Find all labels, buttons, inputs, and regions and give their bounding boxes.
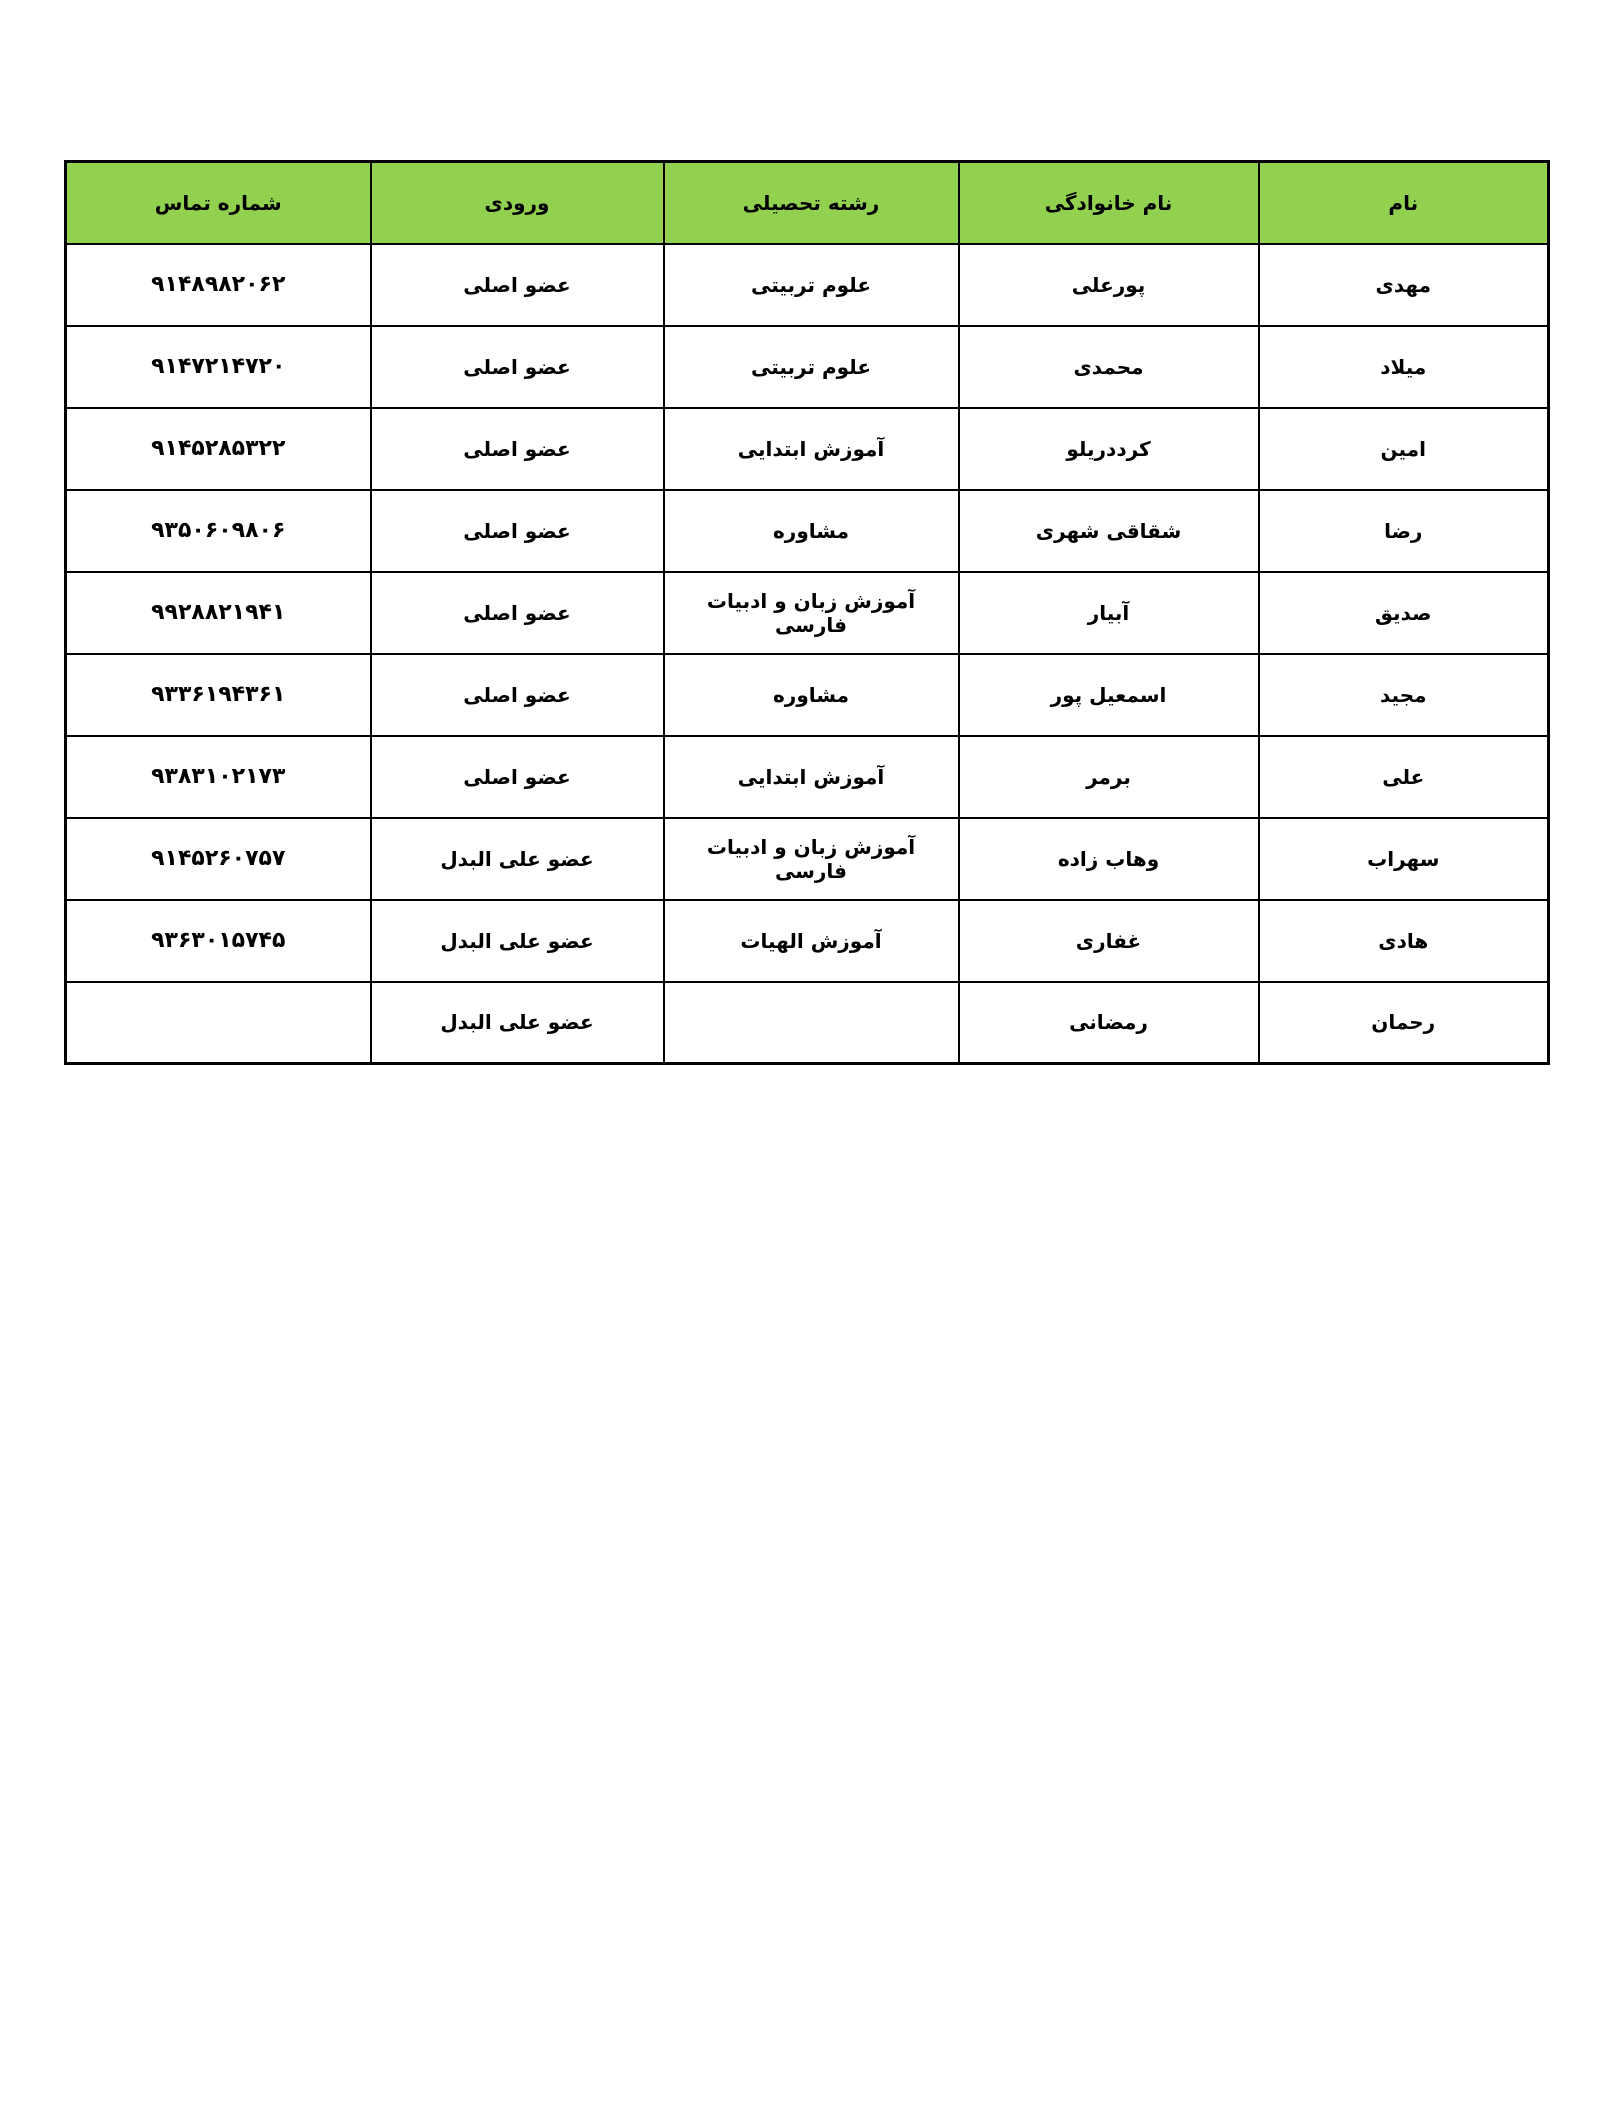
cell-name: رضا xyxy=(1259,490,1549,572)
cell-field: آموزش ابتدایی xyxy=(664,408,959,490)
cell-name: علی xyxy=(1259,736,1549,818)
cell-family: آبیار xyxy=(959,572,1259,654)
header-cell-name: نام xyxy=(1259,162,1549,244)
cell-phone: ۹۹۲۸۸۲۱۹۴۱ xyxy=(66,572,371,654)
cell-name: سهراب xyxy=(1259,818,1549,900)
cell-name: صدیق xyxy=(1259,572,1549,654)
cell-name: امین xyxy=(1259,408,1549,490)
table-row: مهدی پورعلی علوم تربیتی عضو اصلی ۹۱۴۸۹۸۲… xyxy=(66,244,1549,326)
cell-name: مجید xyxy=(1259,654,1549,736)
cell-field xyxy=(664,982,959,1064)
cell-phone xyxy=(66,982,371,1064)
header-cell-family: نام خانوادگی xyxy=(959,162,1259,244)
cell-name: میلاد xyxy=(1259,326,1549,408)
cell-family: وهاب زاده xyxy=(959,818,1259,900)
table-row: هادی غفاری آموزش الهیات عضو علی البدل ۹۳… xyxy=(66,900,1549,982)
cell-family: محمدی xyxy=(959,326,1259,408)
cell-field: آموزش زبان و ادبیات فارسی xyxy=(664,572,959,654)
cell-membership: عضو اصلی xyxy=(371,326,664,408)
cell-field: علوم تربیتی xyxy=(664,244,959,326)
cell-field: آموزش ابتدایی xyxy=(664,736,959,818)
cell-family: غفاری xyxy=(959,900,1259,982)
cell-membership: عضو اصلی xyxy=(371,490,664,572)
cell-field: علوم تربیتی xyxy=(664,326,959,408)
members-table: نام نام خانوادگی رشته تحصیلی ورودی شماره… xyxy=(64,160,1550,1065)
cell-phone: ۹۳۶۳۰۱۵۷۴۵ xyxy=(66,900,371,982)
table-row: مجید اسمعیل پور مشاوره عضو اصلی ۹۳۳۶۱۹۴۳… xyxy=(66,654,1549,736)
cell-field: آموزش الهیات xyxy=(664,900,959,982)
cell-phone: ۹۱۴۷۲۱۴۷۲۰ xyxy=(66,326,371,408)
cell-name: هادی xyxy=(1259,900,1549,982)
header-cell-membership: ورودی xyxy=(371,162,664,244)
cell-family: اسمعیل پور xyxy=(959,654,1259,736)
table-header-row: نام نام خانوادگی رشته تحصیلی ورودی شماره… xyxy=(66,162,1549,244)
cell-membership: عضو علی البدل xyxy=(371,982,664,1064)
cell-field: آموزش زبان و ادبیات فارسی xyxy=(664,818,959,900)
table-row: رحمان رمضانی عضو علی البدل xyxy=(66,982,1549,1064)
table-row: صدیق آبیار آموزش زبان و ادبیات فارسی عضو… xyxy=(66,572,1549,654)
cell-name: رحمان xyxy=(1259,982,1549,1064)
header-cell-phone: شماره تماس xyxy=(66,162,371,244)
cell-phone: ۹۳۵۰۶۰۹۸۰۶ xyxy=(66,490,371,572)
cell-membership: عضو علی البدل xyxy=(371,818,664,900)
table-row: امین کرددریلو آموزش ابتدایی عضو اصلی ۹۱۴… xyxy=(66,408,1549,490)
cell-family: کرددریلو xyxy=(959,408,1259,490)
cell-family: شقاقی شهری xyxy=(959,490,1259,572)
table-row: سهراب وهاب زاده آموزش زبان و ادبیات فارس… xyxy=(66,818,1549,900)
table-row: علی برمر آموزش ابتدایی عضو اصلی ۹۳۸۳۱۰۲۱… xyxy=(66,736,1549,818)
cell-phone: ۹۳۸۳۱۰۲۱۷۳ xyxy=(66,736,371,818)
cell-phone: ۹۱۴۸۹۸۲۰۶۲ xyxy=(66,244,371,326)
document-page: نام نام خانوادگی رشته تحصیلی ورودی شماره… xyxy=(0,0,1600,2128)
cell-phone: ۹۱۴۵۲۸۵۳۲۲ xyxy=(66,408,371,490)
cell-phone: ۹۱۴۵۲۶۰۷۵۷ xyxy=(66,818,371,900)
cell-membership: عضو اصلی xyxy=(371,408,664,490)
cell-name: مهدی xyxy=(1259,244,1549,326)
cell-membership: عضو اصلی xyxy=(371,736,664,818)
cell-field: مشاوره xyxy=(664,490,959,572)
cell-membership: عضو علی البدل xyxy=(371,900,664,982)
table-row: رضا شقاقی شهری مشاوره عضو اصلی ۹۳۵۰۶۰۹۸۰… xyxy=(66,490,1549,572)
cell-membership: عضو اصلی xyxy=(371,654,664,736)
cell-family: رمضانی xyxy=(959,982,1259,1064)
cell-membership: عضو اصلی xyxy=(371,572,664,654)
table-row: میلاد محمدی علوم تربیتی عضو اصلی ۹۱۴۷۲۱۴… xyxy=(66,326,1549,408)
cell-membership: عضو اصلی xyxy=(371,244,664,326)
cell-field: مشاوره xyxy=(664,654,959,736)
cell-phone: ۹۳۳۶۱۹۴۳۶۱ xyxy=(66,654,371,736)
header-cell-field: رشته تحصیلی xyxy=(664,162,959,244)
cell-family: برمر xyxy=(959,736,1259,818)
cell-family: پورعلی xyxy=(959,244,1259,326)
